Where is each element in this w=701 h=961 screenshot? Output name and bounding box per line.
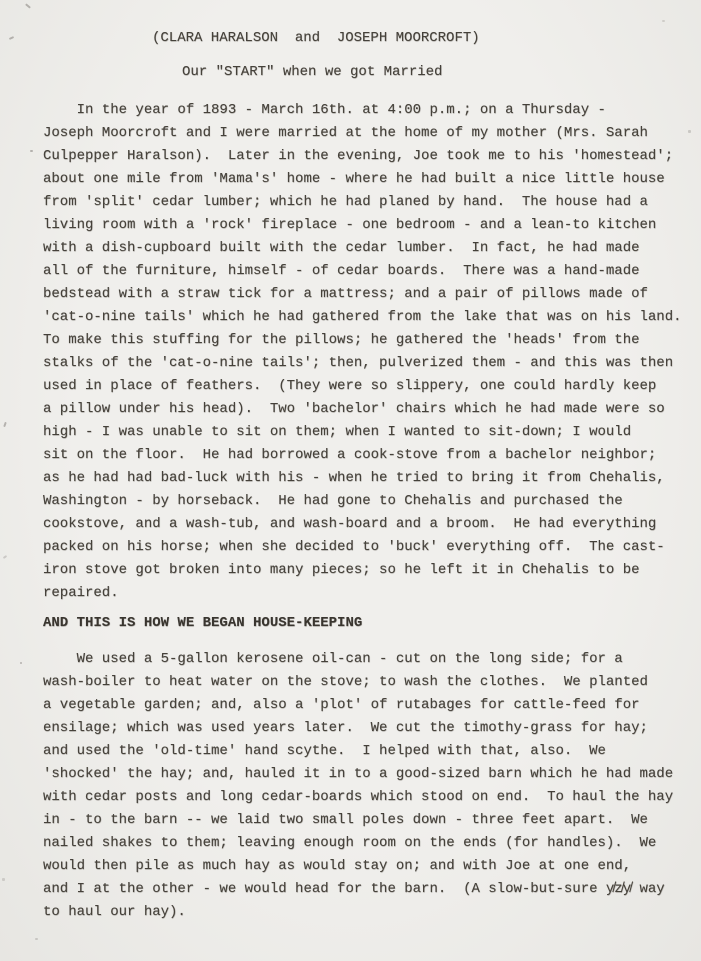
text-line: to haul our hay). xyxy=(43,901,673,924)
document-subtitle: Our "START" when we got Married xyxy=(182,61,442,84)
text-line: living room with a 'rock' fireplace - on… xyxy=(43,214,682,237)
text-line: with cedar posts and long cedar-boards w… xyxy=(43,786,673,809)
text-line: in - to the barn -- we laid two small po… xyxy=(43,809,673,832)
section-heading-housekeeping: AND THIS IS HOW WE BEGAN HOUSE-KEEPING xyxy=(43,612,362,635)
scan-speck xyxy=(25,3,31,8)
text-line: In the year of 1893 - March 16th. at 4:0… xyxy=(43,99,682,122)
text-line: ensilage; which was used years later. We… xyxy=(43,717,673,740)
text-line: Culpepper Haralson). Later in the evenin… xyxy=(43,145,682,168)
text-line: wash-boiler to heat water on the stove; … xyxy=(43,671,673,694)
text-line: and used the 'old-time' hand scythe. I h… xyxy=(43,740,673,763)
scan-speck xyxy=(662,20,665,22)
text-line: Washington - by horseback. He had gone t… xyxy=(43,490,682,513)
text-line: 'shocked' the hay; and, hauled it in to … xyxy=(43,763,673,786)
text-line: repaired. xyxy=(43,582,682,605)
scan-speck xyxy=(2,878,5,881)
text-line: used in place of feathers. (They were so… xyxy=(43,375,682,398)
text-line: would then pile as much hay as would sta… xyxy=(43,855,673,878)
document-title: (CLARA HARALSON and JOSEPH MOORCROFT) xyxy=(152,27,480,50)
text-line: stalks of the 'cat-o-nine tails'; then, … xyxy=(43,352,682,375)
text-line: To make this stuffing for the pillows; h… xyxy=(43,329,682,352)
text-line: We used a 5-gallon kerosene oil-can - cu… xyxy=(43,648,673,671)
text-line: nailed shakes to them; leaving enough ro… xyxy=(43,832,673,855)
text-line: sit on the floor. He had borrowed a cook… xyxy=(43,444,682,467)
text-line: all of the furniture, himself - of cedar… xyxy=(43,260,682,283)
scan-speck xyxy=(30,150,33,152)
scan-speck xyxy=(3,422,7,427)
paragraph-housekeeping: We used a 5-gallon kerosene oil-can - cu… xyxy=(43,648,673,924)
text-line: with a dish-cupboard built with the ceda… xyxy=(43,237,682,260)
text-line: packed on his horse; when she decided to… xyxy=(43,536,682,559)
scan-speck xyxy=(9,36,14,40)
text-line: 'cat-o-nine tails' which he had gathered… xyxy=(43,306,682,329)
scan-speck xyxy=(688,130,691,133)
paragraph-house-start: In the year of 1893 - March 16th. at 4:0… xyxy=(43,99,682,605)
text-line: cookstove, and a wash-tub, and wash-boar… xyxy=(43,513,682,536)
text-line: Joseph Moorcroft and I were married at t… xyxy=(43,122,682,145)
scan-speck xyxy=(20,662,22,664)
text-line: bedstead with a straw tick for a mattres… xyxy=(43,283,682,306)
text-line: a vegetable garden; and, also a 'plot' o… xyxy=(43,694,673,717)
text-line: and I at the other - we would head for t… xyxy=(43,878,673,901)
document-page: (CLARA HARALSON and JOSEPH MOORCROFT) Ou… xyxy=(0,0,701,961)
text-line: as he had had bad-luck with his - when h… xyxy=(43,467,682,490)
text-line: about one mile from 'Mama's' home - wher… xyxy=(43,168,682,191)
scan-speck xyxy=(35,938,38,940)
scan-speck xyxy=(3,555,7,559)
text-line: high - I was unable to sit on them; when… xyxy=(43,421,682,444)
text-line: a pillow under his head). Two 'bachelor'… xyxy=(43,398,682,421)
text-line: iron stove got broken into many pieces; … xyxy=(43,559,682,582)
text-line: from 'split' cedar lumber; which he had … xyxy=(43,191,682,214)
